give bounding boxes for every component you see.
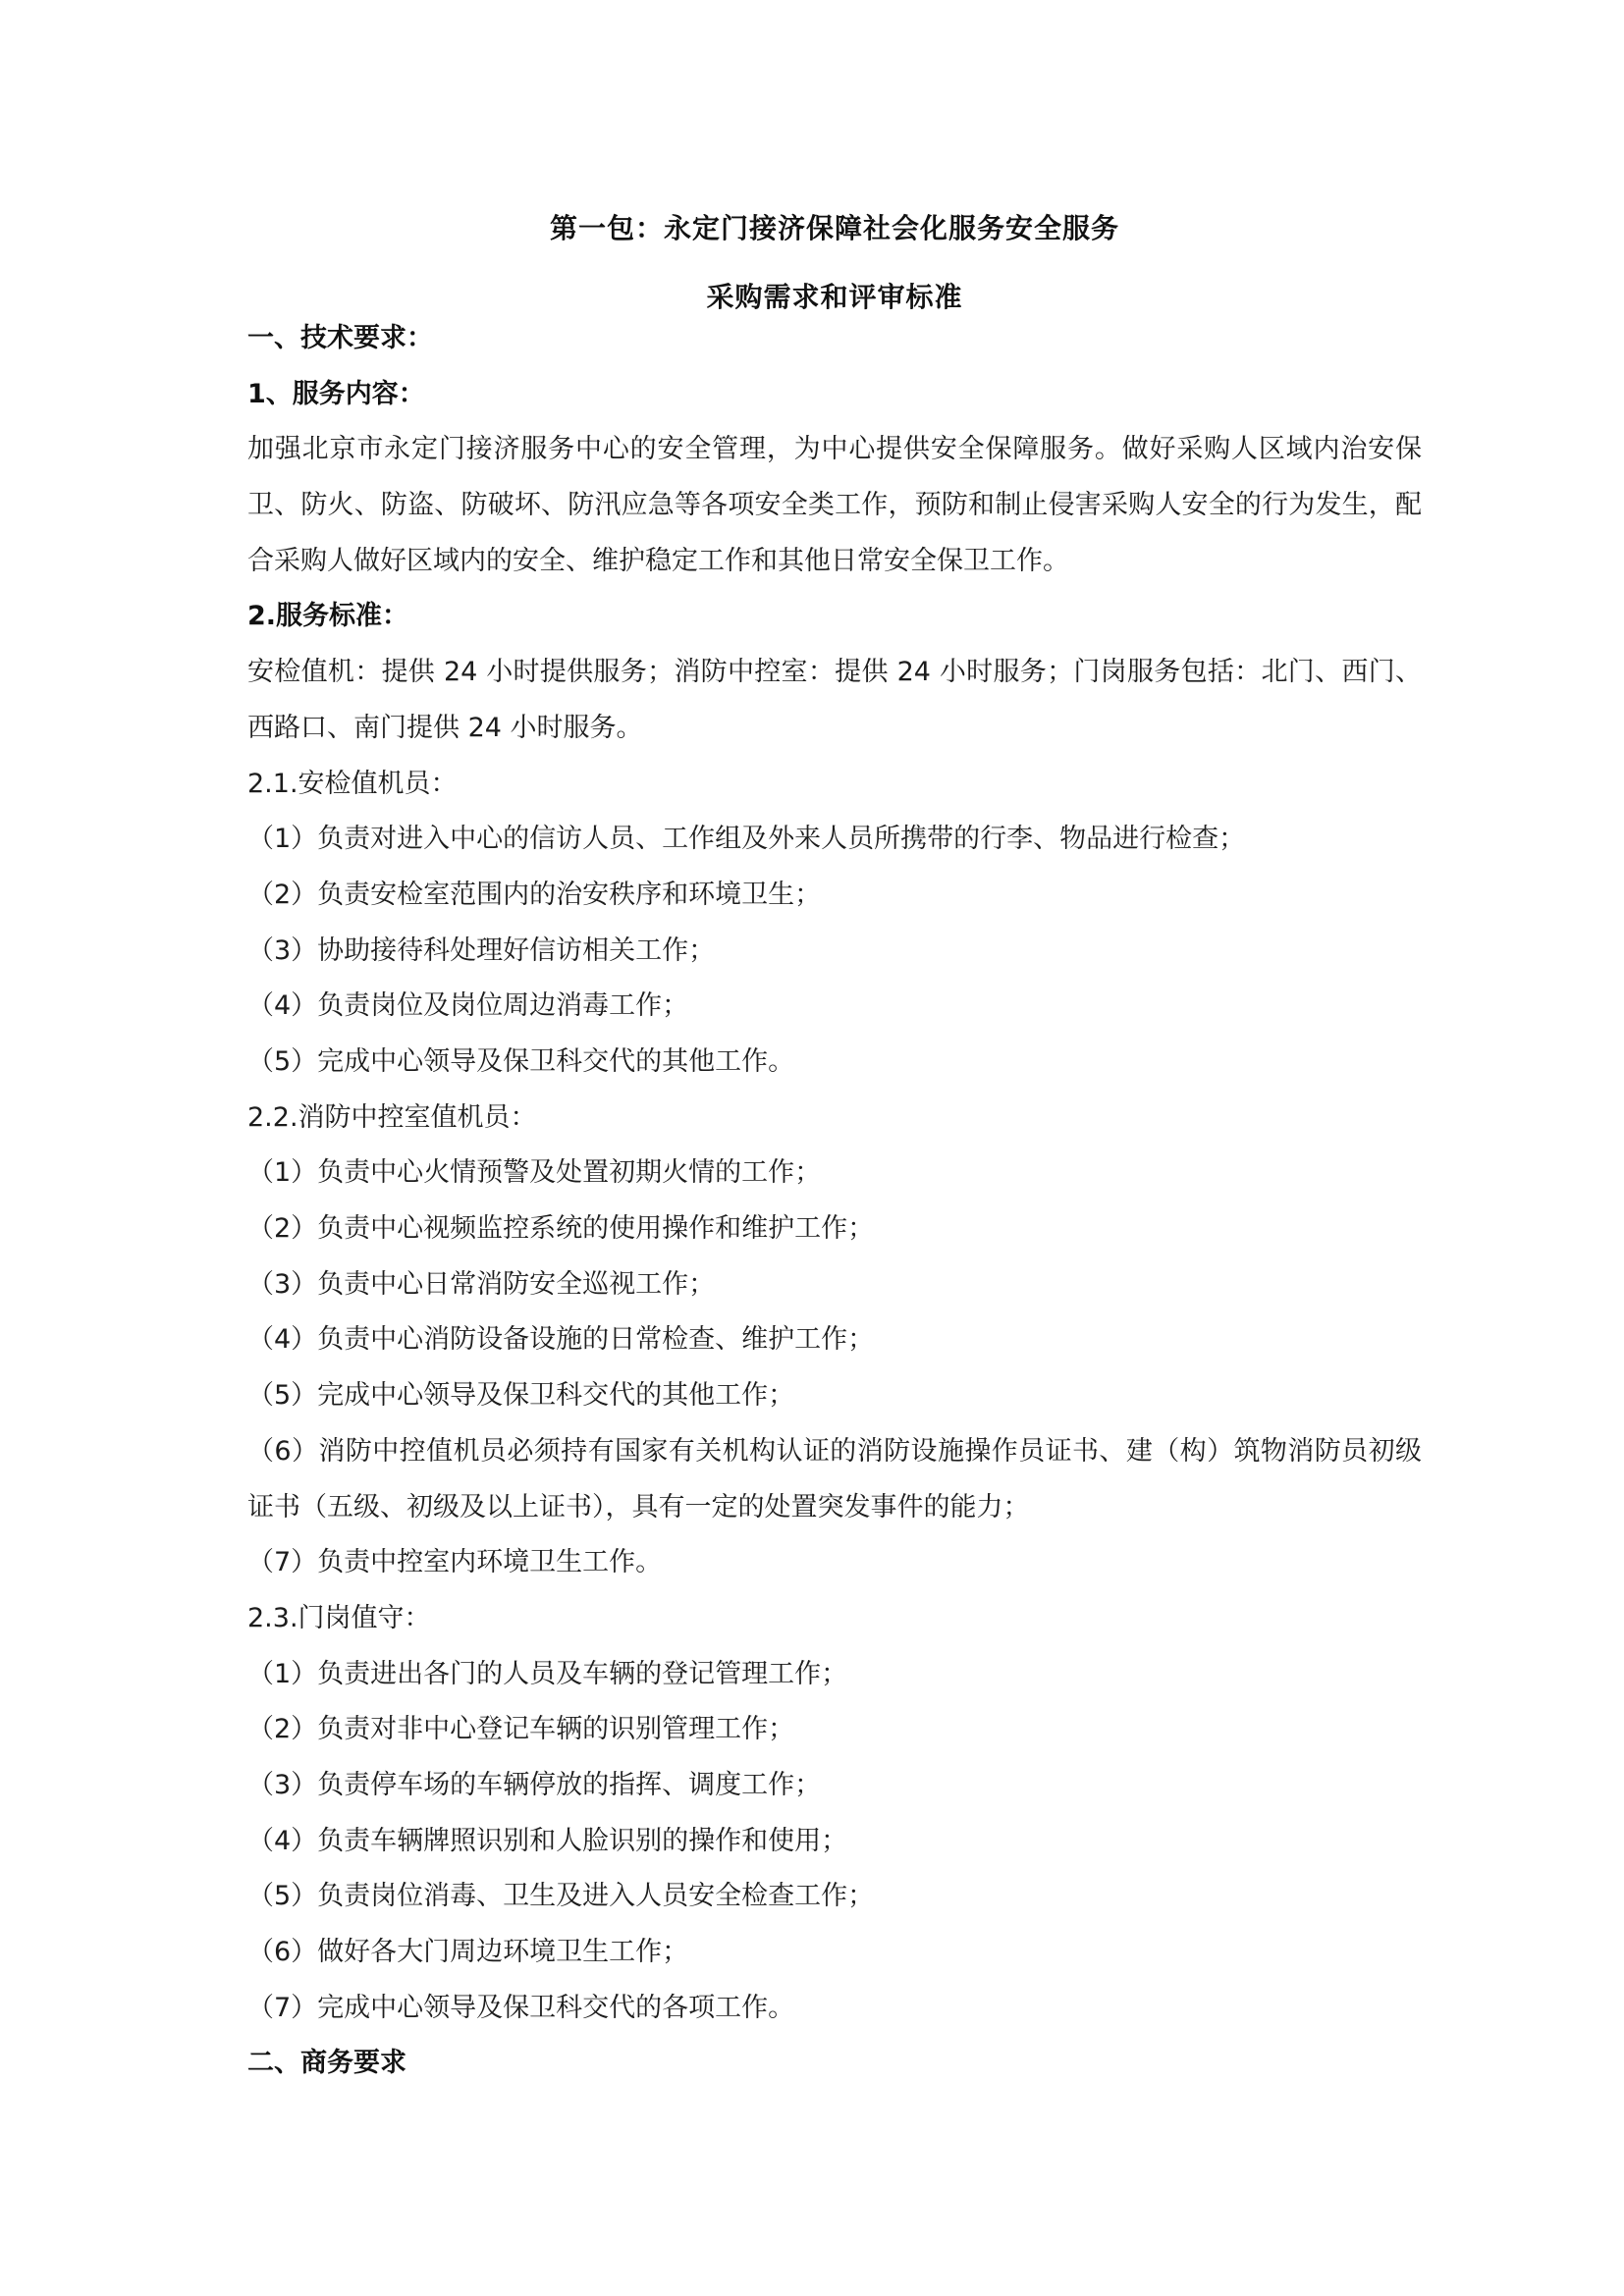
group-heading-fire-control-room: 2.2.消防中控室值机员：: [247, 1091, 1422, 1147]
list-item: （1）负责中心火情预警及处置初期火情的工作；: [247, 1146, 1422, 1201]
list-item: （4）负责中心消防设备设施的日常检查、维护工作；: [247, 1312, 1422, 1368]
service-content-paragraph: 加强北京市永定门接济服务中心的安全管理，为中心提供安全保障服务。做好采购人区域内…: [247, 422, 1422, 589]
list-item: （7）完成中心领导及保卫科交代的各项工作。: [247, 1981, 1422, 2037]
list-item: （4）负责车辆牌照识别和人脸识别的操作和使用；: [247, 1814, 1422, 1870]
list-item: （5）负责岗位消毒、卫生及进入人员安全检查工作；: [247, 1869, 1422, 1925]
list-item: （4）负责岗位及岗位周边消毒工作；: [247, 979, 1422, 1035]
list-item: （2）负责中心视频监控系统的使用操作和维护工作；: [247, 1201, 1422, 1257]
list-item: （6）做好各大门周边环境卫生工作；: [247, 1925, 1422, 1981]
list-item: （2）负责对非中心登记车辆的识别管理工作；: [247, 1702, 1422, 1758]
list-item: （2）负责安检室范围内的治安秩序和环境卫生；: [247, 868, 1422, 924]
fire-control-duties-list: （1）负责中心火情预警及处置初期火情的工作； （2）负责中心视频监控系统的使用操…: [247, 1146, 1422, 1591]
service-standard-paragraph: 安检值机：提供 24 小时提供服务；消防中控室：提供 24 小时服务；门岗服务包…: [247, 645, 1422, 756]
list-item: （3）协助接待科处理好信访相关工作；: [247, 924, 1422, 980]
security-check-duties-list: （1）负责对进入中心的信访人员、工作组及外来人员所携带的行李、物品进行检查； （…: [247, 812, 1422, 1090]
list-item: （3）负责停车场的车辆停放的指挥、调度工作；: [247, 1758, 1422, 1814]
list-item: （6）消防中控值机员必须持有国家有关机构认证的消防设施操作员证书、建（构）筑物消…: [247, 1424, 1422, 1535]
list-item: （5）完成中心领导及保卫科交代的其他工作。: [247, 1035, 1422, 1091]
document-body: 一、技术要求： 1、服务内容： 加强北京市永定门接济服务中心的安全管理，为中心提…: [247, 311, 1422, 2092]
document-page: 第一包：永定门接济保障社会化服务安全服务 采购需求和评审标准 一、技术要求： 1…: [0, 0, 1624, 2296]
list-item: （3）负责中心日常消防安全巡视工作；: [247, 1257, 1422, 1313]
subsection-heading-service-standard: 2.服务标准：: [247, 589, 1422, 645]
section-heading-commercial: 二、商务要求: [247, 2036, 1422, 2092]
document-title: 第一包：永定门接济保障社会化服务安全服务: [247, 209, 1422, 248]
group-heading-gate-duty: 2.3.门岗值守：: [247, 1591, 1422, 1647]
list-item: （1）负责对进入中心的信访人员、工作组及外来人员所携带的行李、物品进行检查；: [247, 812, 1422, 868]
list-item: （1）负责进出各门的人员及车辆的登记管理工作；: [247, 1647, 1422, 1703]
list-item: （7）负责中控室内环境卫生工作。: [247, 1535, 1422, 1591]
group-heading-security-check: 2.1.安检值机员：: [247, 757, 1422, 813]
list-item: （5）完成中心领导及保卫科交代的其他工作；: [247, 1368, 1422, 1424]
section-heading-technical: 一、技术要求：: [247, 311, 1422, 367]
gate-duty-list: （1）负责进出各门的人员及车辆的登记管理工作； （2）负责对非中心登记车辆的识别…: [247, 1647, 1422, 2037]
subsection-heading-service-content: 1、服务内容：: [247, 367, 1422, 423]
